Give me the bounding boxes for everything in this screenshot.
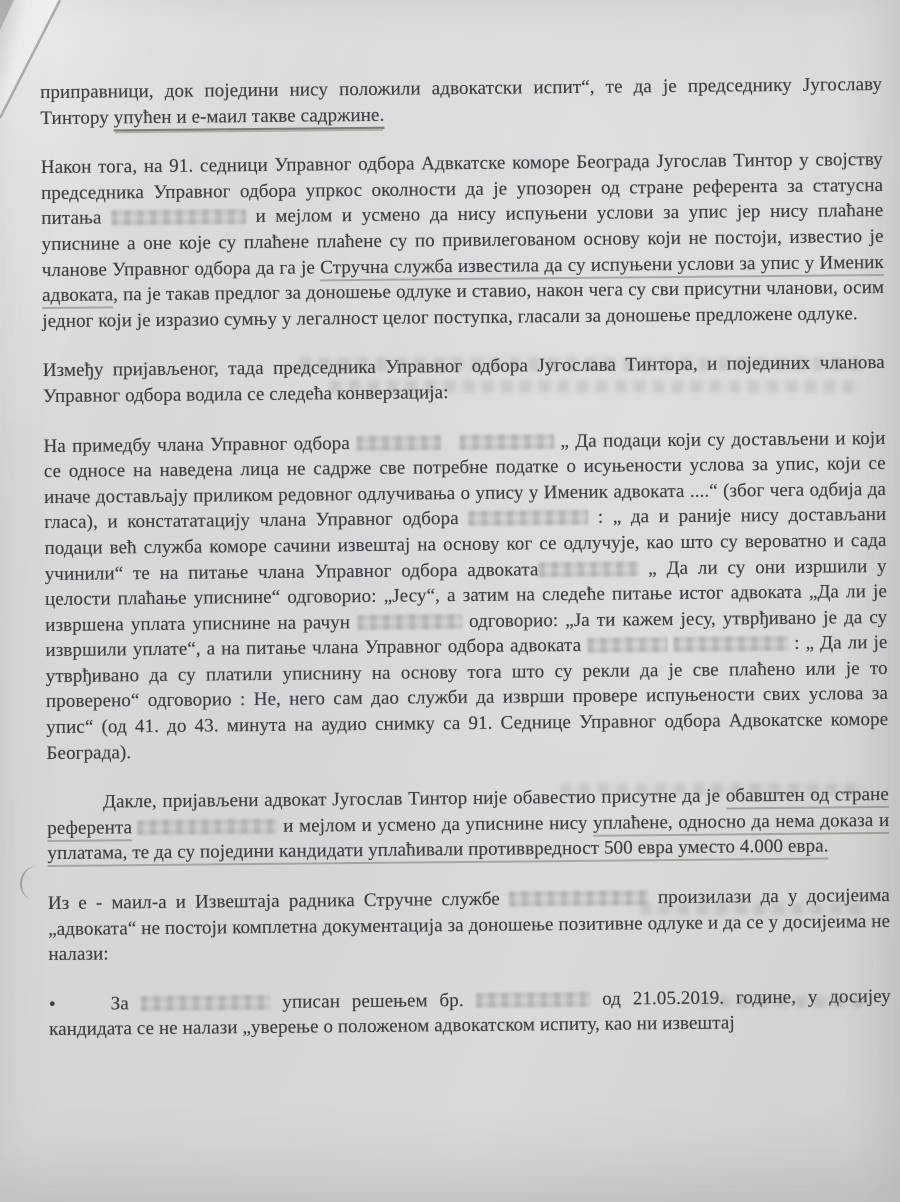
text-run: Из е - маил-а и Извештаја радника Стручн…	[48, 889, 509, 914]
paragraph-conversation-details: На примедбу члана Управног одбора „ Да п…	[43, 425, 888, 766]
text-run: За	[111, 993, 141, 1014]
text-run: Између пријављеног, тада председника Упр…	[43, 352, 885, 407]
redaction-blur	[475, 992, 590, 1008]
text-run: •	[49, 994, 56, 1015]
redaction-blur	[468, 510, 588, 526]
pencil-margin-mark	[18, 865, 47, 902]
redaction-blur	[111, 209, 246, 225]
redaction-blur	[673, 636, 788, 652]
text-run	[667, 634, 673, 655]
redaction-blur	[509, 890, 649, 906]
text-run: , па је такав предлог за доношење одлуке…	[42, 277, 884, 332]
redaction-blur	[357, 614, 462, 630]
photographed-document: приправници, док поједини нису положили …	[0, 0, 900, 1202]
redaction-blur	[587, 637, 667, 653]
redaction-blur	[138, 819, 278, 835]
paragraph-email-report-paragraph: Из е - маил-а и Извештаја радника Стручн…	[48, 883, 891, 968]
paragraph-session-91-paragraph: Након тога, на 91. седници Управног одбо…	[41, 147, 885, 334]
text-run: Дакле, пријављени адвокат Југослав Тинто…	[103, 786, 726, 813]
text-run: уписан решењем бр.	[270, 990, 475, 1013]
paragraph-intro-line: приправници, док поједини нису положили …	[40, 72, 882, 131]
document-text-block: приправници, док поједини нису положили …	[40, 72, 891, 1067]
text-run: и мејлом и усмено да уписнине нису	[278, 813, 594, 837]
text-run: На примедбу члана Управног одбора	[43, 433, 356, 457]
paragraph-conclusion-dakle: Дакле, пријављени адвокат Југослав Тинто…	[47, 782, 890, 867]
paragraph-bullet-item-1: •За уписан решењем бр. од 21.05.2019. го…	[49, 984, 891, 1043]
underlined-text: упућен и е-маил такве садржине.	[114, 104, 385, 131]
paragraph-conversation-intro: Између пријављеног, тада председника Упр…	[43, 350, 885, 409]
redaction-blur	[459, 434, 554, 450]
redaction-blur	[538, 561, 638, 577]
redaction-blur	[141, 995, 271, 1011]
bullet-gap	[56, 1009, 111, 1010]
redaction-blur	[356, 435, 441, 451]
